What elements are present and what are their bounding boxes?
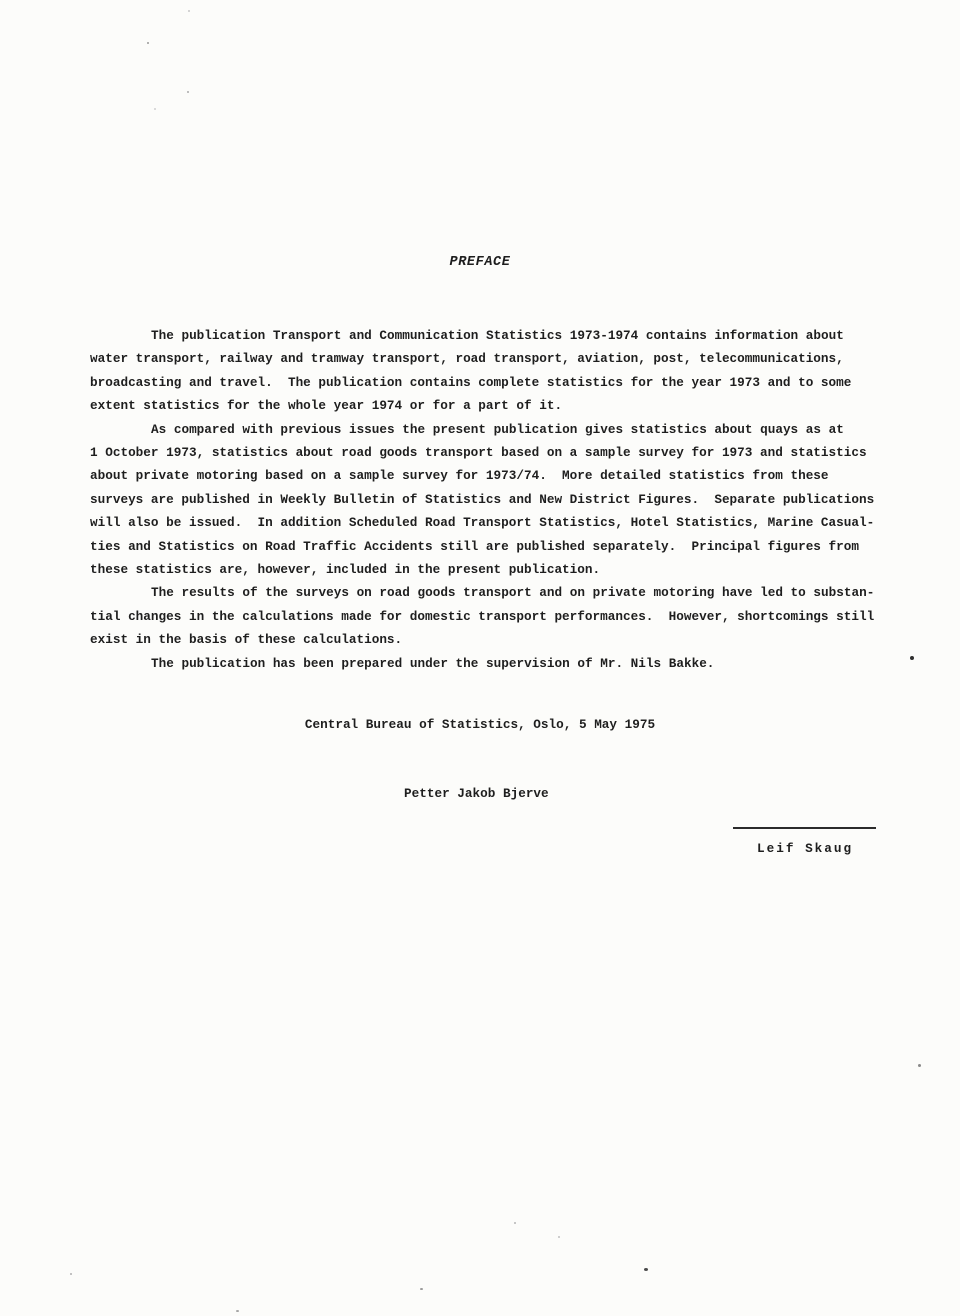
scan-speck [918,1064,921,1067]
text-line: surveys are published in Weekly Bulletin… [90,488,895,511]
text-line: water transport, railway and tramway tra… [90,347,895,370]
scan-speck [147,42,149,44]
text-line: exist in the basis of these calculations… [90,628,895,651]
text-line: ties and Statistics on Road Traffic Acci… [90,535,895,558]
scan-speck [644,1268,648,1271]
text-line: broadcasting and travel. The publication… [90,371,895,394]
scan-speck [910,656,914,660]
document-page: PREFACE The publication Transport and Co… [0,0,960,1316]
signature-rule [733,827,876,829]
scan-speck [420,1288,423,1290]
preface-body: The publication Transport and Communicat… [90,324,895,675]
scan-speck [514,1222,516,1224]
text-line: The results of the surveys on road goods… [90,581,895,604]
text-line: As compared with previous issues the pre… [90,418,895,441]
text-line: about private motoring based on a sample… [90,464,895,487]
text-line: tial changes in the calculations made fo… [90,605,895,628]
scan-speck [187,91,189,93]
signature-secondary-name: Leif Skaug [757,841,853,856]
text-line: 1 October 1973, statistics about road go… [90,441,895,464]
text-line: The publication has been prepared under … [90,652,895,675]
text-line: will also be issued. In addition Schedul… [90,511,895,534]
text-line: extent statistics for the whole year 197… [90,394,895,417]
scan-speck [154,108,156,110]
text-line: these statistics are, however, included … [90,558,895,581]
dateline: Central Bureau of Statistics, Oslo, 5 Ma… [0,717,960,732]
scan-speck [70,1273,72,1275]
scan-speck [236,1310,239,1312]
text-line: The publication Transport and Communicat… [90,324,895,347]
signature-director-name: Petter Jakob Bjerve [404,786,549,801]
page-title: PREFACE [0,255,960,270]
scan-speck [558,1236,560,1238]
scan-speck [188,10,190,12]
